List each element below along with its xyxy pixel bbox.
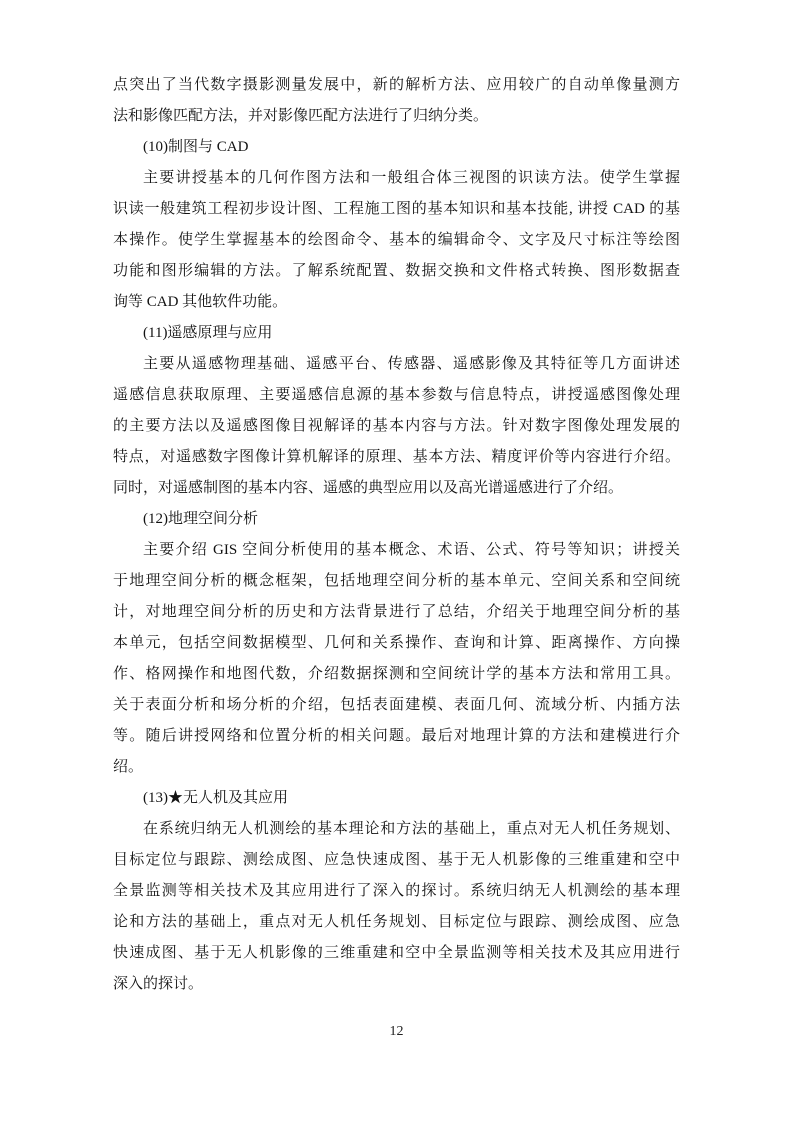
paragraph-line: 快速成图、基于无人机影像的三维重建和空中全景监测等相关技术及其应用进行 <box>113 938 680 969</box>
paragraph-line: 功能和图形编辑的方法。了解系统配置、数据交换和文件格式转换、图形数据查 <box>113 256 680 287</box>
paragraph-line: 的主要方法以及遥感图像目视解译的基本内容与方法。针对数字图像处理发展的 <box>113 411 680 442</box>
paragraph-line: 计，对地理空间分析的历史和方法背景进行了总结，介绍关于地理空间分析的基 <box>113 597 680 628</box>
section-heading-11: (11)遥感原理与应用 <box>113 318 680 349</box>
document-page: 点突出了当代数字摄影测量发展中，新的解析方法、应用较广的自动单像量测方 法和影像… <box>0 0 793 1122</box>
paragraph-line: 论和方法的基础上，重点对无人机任务规划、目标定位与跟踪、测绘成图、应急 <box>113 907 680 938</box>
paragraph-line: 等。随后讲授网络和位置分析的相关问题。最后对地理计算的方法和建模进行介 <box>113 721 680 752</box>
paragraph-line: 作、格网操作和地图代数，介绍数据探测和空间统计学的基本方法和常用工具。 <box>113 659 680 690</box>
paragraph-line: 特点，对遥感数字图像计算机解译的原理、基本方法、精度评价等内容进行介绍。 <box>113 442 680 473</box>
paragraph-line: 本操作。使学生掌握基本的绘图命令、基本的编辑命令、文字及尺寸标注等绘图 <box>113 225 680 256</box>
paragraph-line: 绍。 <box>113 752 680 783</box>
paragraph-line: 询等 CAD 其他软件功能。 <box>113 287 680 318</box>
section-heading-12: (12)地理空间分析 <box>113 504 680 535</box>
paragraph-line: 主要介绍 GIS 空间分析使用的基本概念、术语、公式、符号等知识；讲授关 <box>113 535 680 566</box>
paragraph-line: 识读一般建筑工程初步设计图、工程施工图的基本知识和基本技能, 讲授 CAD 的基 <box>113 194 680 225</box>
paragraph-line: 同时，对遥感制图的基本内容、遥感的典型应用以及高光谱遥感进行了介绍。 <box>113 473 680 504</box>
paragraph-line: 全景监测等相关技术及其应用进行了深入的探讨。系统归纳无人机测绘的基本理 <box>113 876 680 907</box>
section-heading-10: (10)制图与 CAD <box>113 132 680 163</box>
paragraph-line: 主要讲授基本的几何作图方法和一般组合体三视图的识读方法。使学生掌握 <box>113 163 680 194</box>
paragraph-line: 主要从遥感物理基础、遥感平台、传感器、遥感影像及其特征等几方面讲述 <box>113 349 680 380</box>
document-body: 点突出了当代数字摄影测量发展中，新的解析方法、应用较广的自动单像量测方 法和影像… <box>113 70 680 1000</box>
paragraph-line: 在系统归纳无人机测绘的基本理论和方法的基础上，重点对无人机任务规划、 <box>113 814 680 845</box>
section-heading-13: (13)★无人机及其应用 <box>113 783 680 814</box>
page-number: 12 <box>0 1022 793 1042</box>
paragraph-line: 法和影像匹配方法，并对影像匹配方法进行了归纳分类。 <box>113 101 680 132</box>
paragraph-line: 于地理空间分析的概念框架，包括地理空间分析的基本单元、空间关系和空间统 <box>113 566 680 597</box>
paragraph-line: 遥感信息获取原理、主要遥感信息源的基本参数与信息特点，讲授遥感图像处理 <box>113 380 680 411</box>
paragraph-line: 目标定位与跟踪、测绘成图、应急快速成图、基于无人机影像的三维重建和空中 <box>113 845 680 876</box>
paragraph-line: 深入的探讨。 <box>113 969 680 1000</box>
paragraph-line: 本单元，包括空间数据模型、几何和关系操作、查询和计算、距离操作、方向操 <box>113 628 680 659</box>
paragraph-line: 关于表面分析和场分析的介绍，包括表面建模、表面几何、流域分析、内插方法 <box>113 690 680 721</box>
paragraph-line: 点突出了当代数字摄影测量发展中，新的解析方法、应用较广的自动单像量测方 <box>113 70 680 101</box>
